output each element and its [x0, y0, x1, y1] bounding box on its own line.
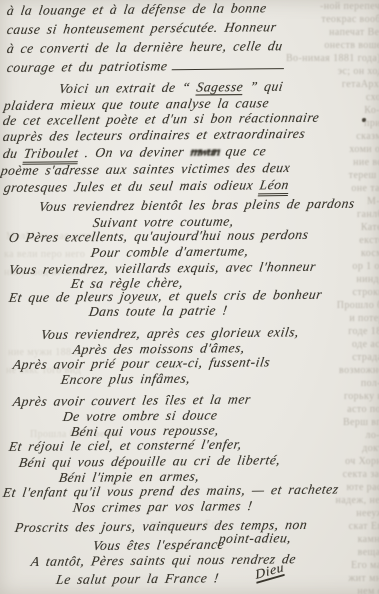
manuscript-line: Voici un extrait de “ Sagesse ” qui	[58, 80, 284, 96]
handwriting-text: Encore plus infâmes,	[60, 371, 192, 387]
handwriting-text: Et l'enfant qu'il vous prend des mains, …	[2, 481, 340, 500]
manuscript-line: cause si honteusement persécutée. Honneu…	[6, 20, 278, 36]
handwriting-text: poème s'adresse aux saintes victimes des…	[0, 160, 291, 178]
manuscript-line: Vous êtes l'espérance	[92, 538, 225, 553]
manuscript-line: de cet excellent poète et d'un si bon ré…	[2, 111, 320, 128]
handwriting-text: à ce converti de la dernière heure, cell…	[6, 38, 284, 56]
handwriting-text: . On va deviner	[78, 144, 192, 160]
manuscript-line: O Pères excellents, qu'aujourd'hui nous …	[8, 228, 310, 245]
manuscript-line: De votre ombre si douce	[62, 408, 219, 423]
handwriting-text: O Pères excellents, qu'aujourd'hui nous …	[8, 227, 310, 245]
handwriting-text: Après avoir couvert les îles et la mer	[12, 392, 252, 409]
handwriting-text: que ce	[218, 143, 267, 158]
handwriting-text: Dans toute la patrie !	[88, 303, 229, 319]
manuscript-line: Après avoir couvert les îles et la mer	[12, 393, 252, 409]
manuscript-line: Et l'enfant qu'il vous prend des mains, …	[2, 482, 340, 499]
manuscript-line: point-adieu,	[218, 531, 292, 545]
manuscript-line: Nos crimes par vos larmes !	[72, 499, 254, 514]
handwriting-text: grotesques Jules et du seul mais odieux	[3, 177, 261, 195]
manuscript-line: Dans toute la patrie !	[88, 304, 229, 319]
manuscript-line: poème s'adresse aux saintes victimes des…	[0, 161, 291, 178]
manuscript-line: Vous reviendrez, vieillards exquis, avec…	[8, 260, 317, 277]
handwriting-text: De votre ombre si douce	[62, 407, 219, 424]
manuscript-line: Béni qui vous dépouille au cri de libert…	[18, 453, 281, 469]
handwriting-text: Pour comble d'amertume,	[90, 243, 250, 260]
double-underlined-word: Léon	[258, 177, 290, 196]
manuscript-line: Vous reviendrez bientôt les bras pleins …	[38, 197, 356, 214]
manuscript-line: grotesques Jules et du seul mais odieux …	[3, 178, 290, 194]
manuscript-line: Après avoir prié pour ceux-ci, fussent-i…	[12, 355, 271, 371]
handwriting-text: Le salut pour la France !	[55, 570, 220, 587]
manuscript-line: Et que de pleurs joyeux, et quels cris d…	[8, 288, 323, 305]
handwriting-text: Vous reviendrez, après ces glorieux exil…	[40, 324, 300, 342]
manuscript-line: courage et du patriotisme	[6, 58, 286, 74]
handwriting-text: cause si honteusement persécutée. Honneu…	[6, 19, 278, 37]
handwriting-text: Vous êtes l'espérance	[92, 537, 226, 553]
scribbled-out-word: mwun	[190, 144, 221, 159]
handwriting-text: point-adieu,	[218, 530, 293, 546]
handwriting-text: à la louange et à la défense de la bonne	[6, 0, 268, 18]
handwriting-text: ” qui	[242, 79, 284, 94]
handwriting-text: du	[2, 146, 25, 161]
underlined-word: Sagesse	[196, 79, 245, 94]
manuscript-line: à ce converti de la dernière heure, cell…	[6, 39, 284, 55]
manuscript-line: auprès des lecteurs ordinaires et extrao…	[2, 127, 306, 144]
manuscript-line: Encore plus infâmes,	[60, 372, 191, 387]
manuscript-line: du Triboulet . On va deviner mwun que ce	[2, 144, 267, 160]
manuscript-line: Vous reviendrez, après ces glorieux exil…	[40, 325, 300, 341]
pen-flourish	[172, 61, 285, 71]
handwriting-text: auprès des lecteurs ordinaires et extrao…	[2, 126, 306, 144]
manuscript-line: à la louange et à la défense de la bonne	[6, 1, 268, 17]
handwriting-text: Nos crimes par vos larmes !	[72, 498, 254, 515]
handwriting-text: Et réjoui le ciel, et consterné l'enfer,	[8, 437, 243, 454]
manuscript-line: Pour comble d'amertume,	[90, 244, 250, 259]
manuscript-line: Le salut pour la France !Dieu	[55, 571, 286, 589]
handwriting-text: Vous reviendrez bientôt les bras pleins …	[38, 196, 356, 214]
manuscript-line: Et réjoui le ciel, et consterné l'enfer,	[8, 438, 243, 454]
manuscript-page: -ной перепечатеокрас вообщнапечат Вершон…	[0, 0, 379, 594]
handwriting-text: Après avoir prié pour ceux-ci, fussent-i…	[12, 354, 271, 372]
manuscript-text: à la louange et à la défense de la bonne…	[0, 0, 379, 594]
handwriting-text: courage et du patriotisme	[6, 58, 169, 75]
handwriting-text: Voici un extrait de “	[58, 80, 198, 96]
handwriting-text: Béni qui vous dépouille au cri de libert…	[18, 452, 282, 470]
